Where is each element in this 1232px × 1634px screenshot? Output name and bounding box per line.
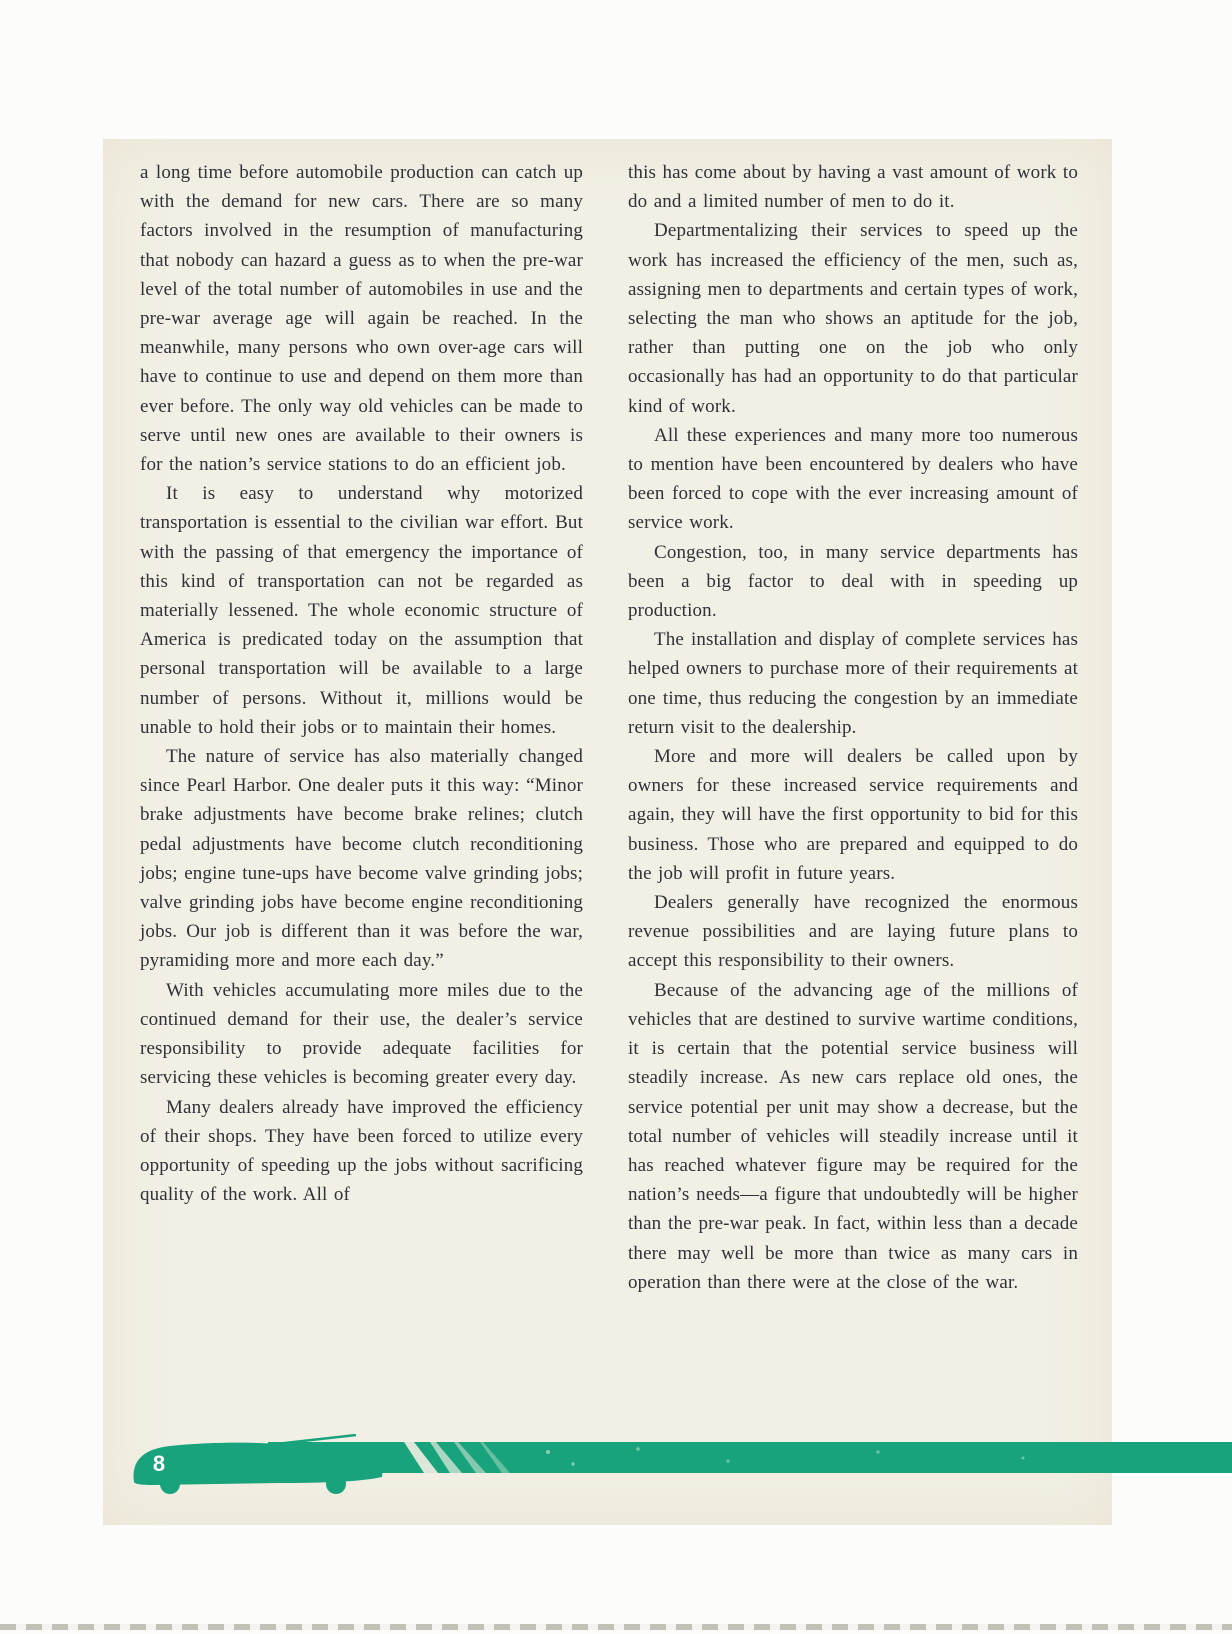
text-column-left: a long time before automobile production… (140, 158, 583, 1209)
paragraph: The nature of service has also materiall… (140, 742, 583, 976)
paragraph: Departmentalizing their services to spee… (628, 216, 1078, 420)
footer-band (118, 1434, 1232, 1498)
paragraph: With vehicles accumulating more miles du… (140, 976, 583, 1093)
scan-edge-artifact (0, 1624, 1232, 1630)
paragraph: this has come about by having a vast amo… (628, 158, 1078, 216)
paragraph: More and more will dealers be called upo… (628, 742, 1078, 888)
text-column-right: this has come about by having a vast amo… (628, 158, 1078, 1297)
paragraph: Many dealers already have improved the e… (140, 1093, 583, 1210)
paragraph: It is easy to understand why motorized t… (140, 479, 583, 742)
page-number: 8 (146, 1451, 172, 1477)
paragraph: The installation and display of complete… (628, 625, 1078, 742)
paragraph: All these experiences and many more too … (628, 421, 1078, 538)
paragraph: a long time before automobile production… (140, 158, 583, 479)
paragraph: Dealers generally have recognized the en… (628, 888, 1078, 976)
paragraph: Because of the advancing age of the mill… (628, 976, 1078, 1297)
paragraph: Congestion, too, in many service departm… (628, 538, 1078, 626)
